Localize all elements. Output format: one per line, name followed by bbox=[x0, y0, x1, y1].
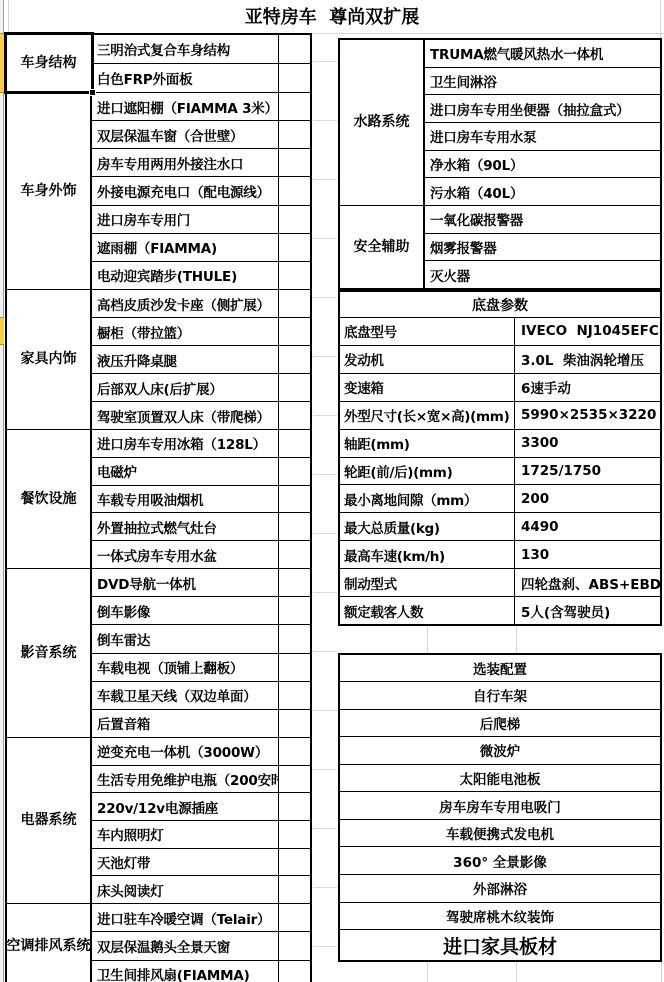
feature-cell[interactable]: 生活专用免维护电瓶（200安时） bbox=[92, 766, 279, 793]
empty-cell[interactable] bbox=[279, 793, 310, 820]
feature-cell[interactable]: 进口房车专用门 bbox=[92, 206, 279, 233]
feature-cell[interactable]: 卫生间排风扇(FIAMMA) bbox=[92, 961, 279, 982]
feature-cell[interactable]: 电磁炉 bbox=[92, 458, 279, 485]
feature-cell[interactable]: 白色FRP外面板 bbox=[92, 64, 279, 92]
feature-cell[interactable]: 高档皮质沙发卡座（侧扩展） bbox=[92, 290, 279, 317]
spec-label-cell[interactable]: 变速箱 bbox=[340, 374, 515, 401]
empty-cell[interactable] bbox=[279, 121, 310, 148]
spreadsheet: 亚特房车 尊尚双扩展 车身结构 三明治式复合车身结构 白色FRP外面板 车身外饰… bbox=[0, 0, 664, 982]
feature-cell[interactable]: 220v/12v电源插座 bbox=[92, 793, 279, 820]
option-cell[interactable]: 车载便携式发电机 bbox=[340, 820, 660, 848]
empty-cell[interactable] bbox=[279, 262, 310, 289]
empty-cell[interactable] bbox=[279, 766, 310, 793]
feature-cell[interactable]: 灭火器 bbox=[425, 261, 660, 288]
feature-cell[interactable]: 卫生间淋浴 bbox=[425, 68, 660, 95]
empty-cell[interactable] bbox=[279, 961, 310, 982]
empty-cell[interactable] bbox=[279, 738, 310, 765]
section-hvac: 空调排风系统 进口驻车冷暖空调（Telair） 双层保温鹅头全景天窗 卫生间排风… bbox=[7, 904, 310, 982]
empty-cell[interactable] bbox=[279, 64, 310, 92]
spec-value-cell[interactable]: 4490 bbox=[515, 513, 660, 540]
category-cell[interactable]: 安全辅助 bbox=[340, 206, 425, 288]
feature-cell[interactable]: 三明治式复合车身结构 bbox=[92, 35, 279, 63]
spec-label-cell[interactable]: 额定载客人数 bbox=[340, 597, 515, 624]
section-furniture-interior: 家具内饰 高档皮质沙发卡座（侧扩展） 橱柜（带拉篮） 液压升降桌腿 后部双人床(… bbox=[7, 290, 310, 430]
spec-label-cell[interactable]: 最高车速(km/h) bbox=[340, 541, 515, 568]
row-header-strip[interactable] bbox=[0, 0, 4, 982]
feature-cell[interactable]: 车载专用吸油烟机 bbox=[92, 486, 279, 513]
feature-cell[interactable]: DVD导航一体机 bbox=[92, 569, 279, 596]
spec-label-cell[interactable]: 轴距(mm) bbox=[340, 430, 515, 457]
empty-cell[interactable] bbox=[279, 430, 310, 457]
sheet-title[interactable]: 亚特房车 尊尚双扩展 bbox=[0, 3, 664, 29]
option-cell[interactable]: 自行车架 bbox=[340, 682, 660, 710]
feature-cell[interactable]: 橱柜（带拉篮） bbox=[92, 318, 279, 345]
feature-cell[interactable]: 逆变充电一体机（3000W） bbox=[92, 738, 279, 765]
section-body-structure: 车身结构 三明治式复合车身结构 白色FRP外面板 bbox=[7, 35, 310, 93]
empty-cell[interactable] bbox=[279, 597, 310, 624]
option-cell[interactable]: 微波炉 bbox=[340, 737, 660, 765]
empty-cell[interactable] bbox=[279, 569, 310, 596]
spec-value-cell[interactable]: 130 bbox=[515, 541, 660, 568]
feature-cell[interactable]: 进口房车专用水泵 bbox=[425, 123, 660, 150]
option-cell[interactable]: 外部淋浴 bbox=[340, 875, 660, 903]
empty-cell[interactable] bbox=[279, 402, 310, 429]
right-feature-table: 水路系统 TRUMA燃气暖风热水一体机 卫生间淋浴 进口房车专用坐便器（抽拉盒式… bbox=[338, 38, 662, 290]
empty-cell[interactable] bbox=[279, 849, 310, 876]
feature-cell[interactable]: TRUMA燃气暖风热水一体机 bbox=[425, 40, 660, 67]
empty-cell[interactable] bbox=[279, 374, 310, 401]
section-safety: 安全辅助 一氧化碳报警器 烟雾报警器 灭火器 bbox=[340, 206, 660, 288]
empty-cell[interactable] bbox=[279, 876, 310, 903]
feature-cell[interactable]: 倒车雷达 bbox=[92, 625, 279, 652]
empty-cell[interactable] bbox=[279, 318, 310, 345]
spec-value-cell[interactable]: 3.0L 柴油涡轮增压 bbox=[515, 346, 660, 373]
row-header-highlight[interactable] bbox=[0, 33, 4, 93]
empty-cell[interactable] bbox=[279, 93, 310, 120]
spec-label-cell[interactable]: 底盘型号 bbox=[340, 318, 515, 345]
category-cell[interactable]: 家具内饰 bbox=[7, 290, 92, 429]
section-title-cell[interactable]: 选装配置 bbox=[340, 655, 660, 682]
empty-cell[interactable] bbox=[279, 654, 310, 681]
spec-value-cell[interactable]: 四轮盘刹、ABS+EBD bbox=[515, 569, 660, 596]
option-cell[interactable]: 房车房车专用电吸门 bbox=[340, 792, 660, 820]
category-cell[interactable]: 空调排风系统 bbox=[7, 904, 92, 982]
gridline bbox=[427, 962, 428, 982]
left-feature-table: 车身结构 三明治式复合车身结构 白色FRP外面板 车身外饰 进口遮阳棚（FIAM… bbox=[5, 33, 312, 982]
empty-cell[interactable] bbox=[279, 458, 310, 485]
feature-cell[interactable]: 净水箱（90L） bbox=[425, 151, 660, 178]
empty-cell[interactable] bbox=[279, 177, 310, 204]
feature-cell[interactable]: 进口驻车冷暖空调（Telair） bbox=[92, 904, 279, 931]
section-dining: 餐饮设施 进口房车专用冰箱（128L） 电磁炉 车载专用吸油烟机 外置抽拉式燃气… bbox=[7, 430, 310, 569]
option-cell-featured[interactable]: 进口家具板材 bbox=[340, 930, 660, 960]
spec-label-cell[interactable]: 最小离地间隙（mm） bbox=[340, 485, 515, 512]
spec-label-cell[interactable]: 发动机 bbox=[340, 346, 515, 373]
gridline bbox=[516, 962, 517, 982]
feature-cell[interactable]: 一氧化碳报警器 bbox=[425, 206, 660, 233]
spec-value-cell[interactable]: 200 bbox=[515, 485, 660, 512]
feature-cell[interactable]: 进口遮阳棚（FIAMMA 3米） bbox=[92, 93, 279, 120]
feature-cell[interactable]: 床头阅读灯 bbox=[92, 876, 279, 903]
feature-cell[interactable]: 双层保温鹅头全景天窗 bbox=[92, 932, 279, 959]
empty-cell[interactable] bbox=[279, 234, 310, 261]
spec-value-cell[interactable]: 3300 bbox=[515, 430, 660, 457]
spec-value-cell[interactable]: IVECO NJ1045EFC bbox=[515, 318, 660, 345]
feature-cell[interactable]: 后置音箱 bbox=[92, 710, 279, 737]
feature-cell[interactable]: 车载卫星天线（双边单面） bbox=[92, 682, 279, 709]
empty-cell[interactable] bbox=[279, 486, 310, 513]
section-electrical: 电器系统 逆变充电一体机（3000W） 生活专用免维护电瓶（200安时） 220… bbox=[7, 738, 310, 904]
fill-handle[interactable] bbox=[89, 89, 96, 96]
feature-cell[interactable]: 外置抽拉式燃气灶台 bbox=[92, 513, 279, 540]
section-body-exterior: 车身外饰 进口遮阳棚（FIAMMA 3米） 双层保温车窗（合世壁） 房车专用两用… bbox=[7, 93, 310, 290]
feature-cell[interactable]: 液压升降桌腿 bbox=[92, 346, 279, 373]
spec-value-cell[interactable]: 5990×2535×3220 bbox=[515, 402, 660, 429]
gridline bbox=[661, 962, 662, 982]
category-cell[interactable]: 影音系统 bbox=[7, 569, 92, 737]
feature-cell[interactable]: 进口房车专用冰箱（128L） bbox=[92, 430, 279, 457]
feature-cell[interactable]: 遮雨棚（FIAMMA) bbox=[92, 234, 279, 261]
category-cell[interactable]: 车身外饰 bbox=[7, 93, 92, 289]
empty-cell[interactable] bbox=[279, 35, 310, 63]
empty-cell[interactable] bbox=[279, 346, 310, 373]
chassis-table: 底盘参数 底盘型号IVECO NJ1045EFC 发动机3.0L 柴油涡轮增压 … bbox=[338, 290, 662, 626]
feature-cell[interactable]: 污水箱（40L） bbox=[425, 178, 660, 205]
feature-cell[interactable]: 房车专用两用外接注水口 bbox=[92, 149, 279, 176]
category-cell[interactable]: 车身结构 bbox=[7, 35, 92, 92]
spec-value-cell[interactable]: 5人(含驾驶员) bbox=[515, 597, 660, 624]
gridline bbox=[427, 627, 428, 653]
spec-label-cell[interactable]: 轮距(前/后)(mm) bbox=[340, 458, 515, 485]
spec-value-cell[interactable]: 1725/1750 bbox=[515, 458, 660, 485]
feature-cell[interactable]: 天池灯带 bbox=[92, 849, 279, 876]
section-water-system: 水路系统 TRUMA燃气暖风热水一体机 卫生间淋浴 进口房车专用坐便器（抽拉盒式… bbox=[340, 40, 660, 206]
spec-label-cell[interactable]: 最大总质量(kg) bbox=[340, 513, 515, 540]
option-cell[interactable]: 后爬梯 bbox=[340, 710, 660, 738]
feature-cell[interactable]: 烟雾报警器 bbox=[425, 234, 660, 261]
empty-cell[interactable] bbox=[279, 513, 310, 540]
feature-cell[interactable]: 车载电视（顶铺上翻板） bbox=[92, 654, 279, 681]
empty-cell[interactable] bbox=[279, 149, 310, 176]
empty-cell[interactable] bbox=[279, 932, 310, 959]
empty-cell[interactable] bbox=[279, 710, 310, 737]
section-title-cell[interactable]: 底盘参数 bbox=[340, 292, 660, 318]
options-table: 选装配置 自行车架 后爬梯 微波炉 太阳能电池板 房车房车专用电吸门 车载便携式… bbox=[338, 653, 662, 962]
feature-cell[interactable]: 后部双人床(后扩展） bbox=[92, 374, 279, 401]
empty-cell[interactable] bbox=[279, 541, 310, 568]
empty-cell[interactable] bbox=[279, 206, 310, 233]
feature-cell[interactable]: 倒车影像 bbox=[92, 597, 279, 624]
feature-cell[interactable]: 双层保温车窗（合世壁） bbox=[92, 121, 279, 148]
option-cell[interactable]: 太阳能电池板 bbox=[340, 765, 660, 793]
feature-cell[interactable]: 进口房车专用坐便器（抽拉盒式） bbox=[425, 95, 660, 122]
spec-label-cell[interactable]: 外型尺寸(长×宽×高)(mm) bbox=[340, 402, 515, 429]
category-cell[interactable]: 电器系统 bbox=[7, 738, 92, 903]
row-header-highlight[interactable] bbox=[0, 317, 4, 345]
gridline-column bbox=[313, 61, 337, 982]
option-cell[interactable]: 360° 全景影像 bbox=[340, 847, 660, 875]
option-cell[interactable]: 驾驶席桃木纹装饰 bbox=[340, 903, 660, 931]
category-cell[interactable]: 水路系统 bbox=[340, 40, 425, 205]
empty-cell[interactable] bbox=[279, 821, 310, 848]
feature-cell[interactable]: 驾驶室顶置双人床（带爬梯） bbox=[92, 402, 279, 429]
empty-cell[interactable] bbox=[279, 290, 310, 317]
empty-cell[interactable] bbox=[279, 904, 310, 931]
feature-cell[interactable]: 外接电源充电口（配电源线） bbox=[92, 177, 279, 204]
empty-cell[interactable] bbox=[279, 682, 310, 709]
spec-value-cell[interactable]: 6速手动 bbox=[515, 374, 660, 401]
section-av-system: 影音系统 DVD导航一体机 倒车影像 倒车雷达 车载电视（顶铺上翻板） 车载卫星… bbox=[7, 569, 310, 738]
spec-label-cell[interactable]: 制动型式 bbox=[340, 569, 515, 596]
feature-cell[interactable]: 车内照明灯 bbox=[92, 821, 279, 848]
feature-cell[interactable]: 一体式房车专用水盆 bbox=[92, 541, 279, 568]
gridline bbox=[312, 33, 664, 34]
empty-cell[interactable] bbox=[279, 625, 310, 652]
gridline bbox=[516, 627, 517, 653]
feature-cell[interactable]: 电动迎宾踏步(THULE) bbox=[92, 262, 279, 289]
category-cell[interactable]: 餐饮设施 bbox=[7, 430, 92, 568]
